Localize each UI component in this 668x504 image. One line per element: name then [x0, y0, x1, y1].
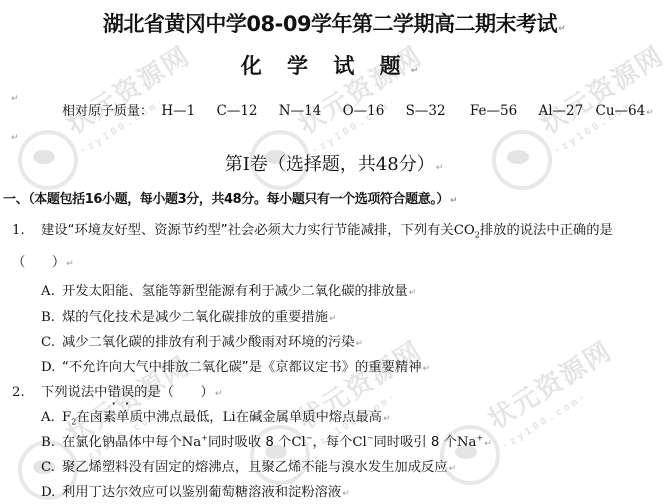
- option-text: 利用丁达尔效应可以鉴别葡萄糖溶液和淀粉溶液: [62, 485, 341, 500]
- chem-formula: CO: [454, 223, 475, 238]
- option-text: “不允许向大气中排放二氧化碳”是《京都议定书》的重要精神: [62, 360, 422, 375]
- question-2-option-d: D.利用丁达尔效应可以鉴别葡萄糖溶液和淀粉溶液↵: [41, 481, 350, 500]
- option-text: 在碱金属单质中熔点最高: [236, 410, 382, 425]
- option-label: A.: [41, 410, 62, 425]
- watermark-text: 状元资源网: [480, 331, 618, 437]
- option-label: D.: [41, 360, 62, 375]
- option-text: 减少二氧化碳的排放有利于减少酸雨对环境的污染: [62, 335, 355, 350]
- question-2-option-a: A.F2在卤素单质中沸点最低，Li在碱金属单质中熔点最高↵: [41, 406, 391, 427]
- paragraph-mark-icon: ↵: [450, 196, 457, 206]
- paragraph-mark-icon: ↵: [383, 414, 391, 424]
- empty-paragraph: ↵: [10, 125, 19, 144]
- atomic-masses-label: 相对原子质量：: [62, 104, 153, 119]
- option-text: 同时吸引 8 个: [374, 435, 457, 450]
- paragraph-mark-icon: ↵: [11, 94, 19, 104]
- question-1-stem: 1.建设“环境友好型、资源节约型”社会必须大力实行节能减排，下列有关CO2排放的…: [12, 219, 613, 240]
- chem-formula: F: [62, 410, 71, 425]
- paragraph-mark-icon: ↵: [449, 464, 457, 474]
- option-text: 煤的气化技术是减少二氧化碳排放的重要措施: [62, 310, 328, 325]
- chem-superscript: −: [367, 434, 374, 443]
- watermark-url: ·zy100.com·: [500, 390, 590, 452]
- document-title: 湖北省黄冈中学08-09学年第二学期高二期末考试↵: [0, 8, 668, 38]
- option-label: A.: [41, 284, 62, 299]
- document-title-text: 湖北省黄冈中学08-09学年第二学期高二期末考试: [103, 12, 557, 36]
- paragraph-mark-icon: ↵: [342, 489, 350, 499]
- option-label: C.: [41, 460, 62, 475]
- option-text: 开发太阳能、氢能等新型能源有利于减少二氧化碳的排放量: [62, 284, 408, 299]
- atomic-mass-c: C—12: [216, 103, 257, 119]
- option-label: B.: [41, 310, 62, 325]
- question-number: 2.: [12, 385, 41, 400]
- paragraph-mark-icon: ↵: [215, 389, 223, 399]
- paragraph-mark-icon: ↵: [436, 163, 444, 173]
- question-1-option-d: D.“不允许向大气中排放二氧化碳”是《京都议定书》的重要精神↵: [41, 356, 430, 375]
- option-label: C.: [41, 335, 62, 350]
- section-title: 第Ⅰ卷（选择题，共48分）↵: [0, 150, 668, 176]
- option-text: 在卤素单质中沸点最低，: [76, 410, 222, 425]
- question-1-option-b: B.煤的气化技术是减少二氧化碳排放的重要措施↵: [41, 306, 336, 325]
- question-stem-text: 排放的说法中正确的是: [480, 223, 613, 238]
- paragraph-mark-icon: ↵: [558, 24, 565, 34]
- section-instructions-text: 一、（本题包括16小题，每小题3分，共48分。每小题只有一个选项符合题意。）: [3, 192, 449, 207]
- atomic-mass-n: N—14: [279, 103, 322, 119]
- question-2-stem: 2.下列说法中错误的是（ ）↵: [12, 381, 222, 408]
- question-number: 1.: [12, 223, 41, 238]
- paragraph-mark-icon: ↵: [356, 339, 364, 349]
- section-instructions: 一、（本题包括16小题，每小题3分，共48分。每小题只有一个选项符合题意。）↵: [3, 188, 457, 207]
- question-2-option-b: B.在氯化钠晶体中每个Na+同时吸收 8 个Cl−，每个Cl−同时吸引 8 个N…: [41, 431, 492, 450]
- paragraph-mark-icon: ↵: [646, 108, 654, 118]
- atomic-mass-cu: Cu—64: [596, 103, 646, 119]
- chem-superscript: +: [201, 434, 208, 443]
- chem-superscript: +: [476, 434, 483, 443]
- question-1-option-a: A.开发太阳能、氢能等新型能源有利于减少二氧化碳的排放量↵: [41, 280, 416, 299]
- atomic-mass-fe: Fe—56: [470, 103, 517, 119]
- option-text: 聚乙烯塑料没有固定的熔沸点，且聚乙烯不能与溴水发生加成反应: [62, 460, 448, 475]
- subject-title: 化 学 试 题↵: [0, 50, 668, 80]
- paragraph-mark-icon: ↵: [484, 439, 492, 449]
- chem-formula: Na: [457, 435, 477, 450]
- question-1-answer-blank: （ ）↵: [12, 251, 74, 270]
- question-2-option-c: C.聚乙烯塑料没有固定的熔沸点，且聚乙烯不能与溴水发生加成反应↵: [41, 456, 456, 475]
- question-stem-text: 建设“环境友好型、资源节约型”社会必须大力实行节能减排，下列有关: [41, 223, 454, 238]
- option-text: 同时吸收 8 个: [208, 435, 291, 450]
- atomic-mass-o: O—16: [343, 103, 385, 119]
- emphasized-word: 错误: [107, 385, 134, 400]
- option-label: B.: [41, 435, 62, 450]
- paragraph-mark-icon: ↵: [423, 364, 431, 374]
- chem-formula: Cl: [352, 435, 366, 450]
- atomic-masses: 相对原子质量： H—1 C—12 N—14 O—16 S—32 Fe—56 Al…: [62, 100, 654, 119]
- answer-blank: （ ）: [12, 255, 65, 270]
- subject-title-text: 化 学 试 题: [241, 54, 410, 78]
- paragraph-mark-icon: ↵: [329, 314, 337, 324]
- atomic-mass-s: S—32: [406, 103, 446, 119]
- paragraph-mark-icon: ↵: [409, 288, 417, 298]
- option-text: 在氯化钠晶体中每个: [62, 435, 182, 450]
- question-1-option-c: C.减少二氧化碳的排放有利于减少酸雨对环境的污染↵: [41, 331, 363, 350]
- question-stem-text: 的是（ ）: [134, 385, 214, 400]
- option-label: D.: [41, 485, 62, 500]
- question-stem-text: 下列说法中: [41, 385, 107, 400]
- option-text: ，每个: [312, 435, 352, 450]
- empty-paragraph: ↵: [10, 86, 19, 105]
- chem-formula: Na: [182, 435, 202, 450]
- section-title-text: 第Ⅰ卷（选择题，共48分）: [225, 154, 435, 175]
- paragraph-mark-icon: ↵: [66, 259, 74, 269]
- chem-formula: Cl: [291, 435, 305, 450]
- atomic-mass-al: Al—27: [538, 103, 583, 119]
- paragraph-mark-icon: ↵: [11, 133, 19, 143]
- paragraph-mark-icon: ↵: [411, 66, 428, 76]
- chem-formula: Li: [223, 410, 236, 425]
- atomic-mass-h: H—1: [161, 103, 195, 119]
